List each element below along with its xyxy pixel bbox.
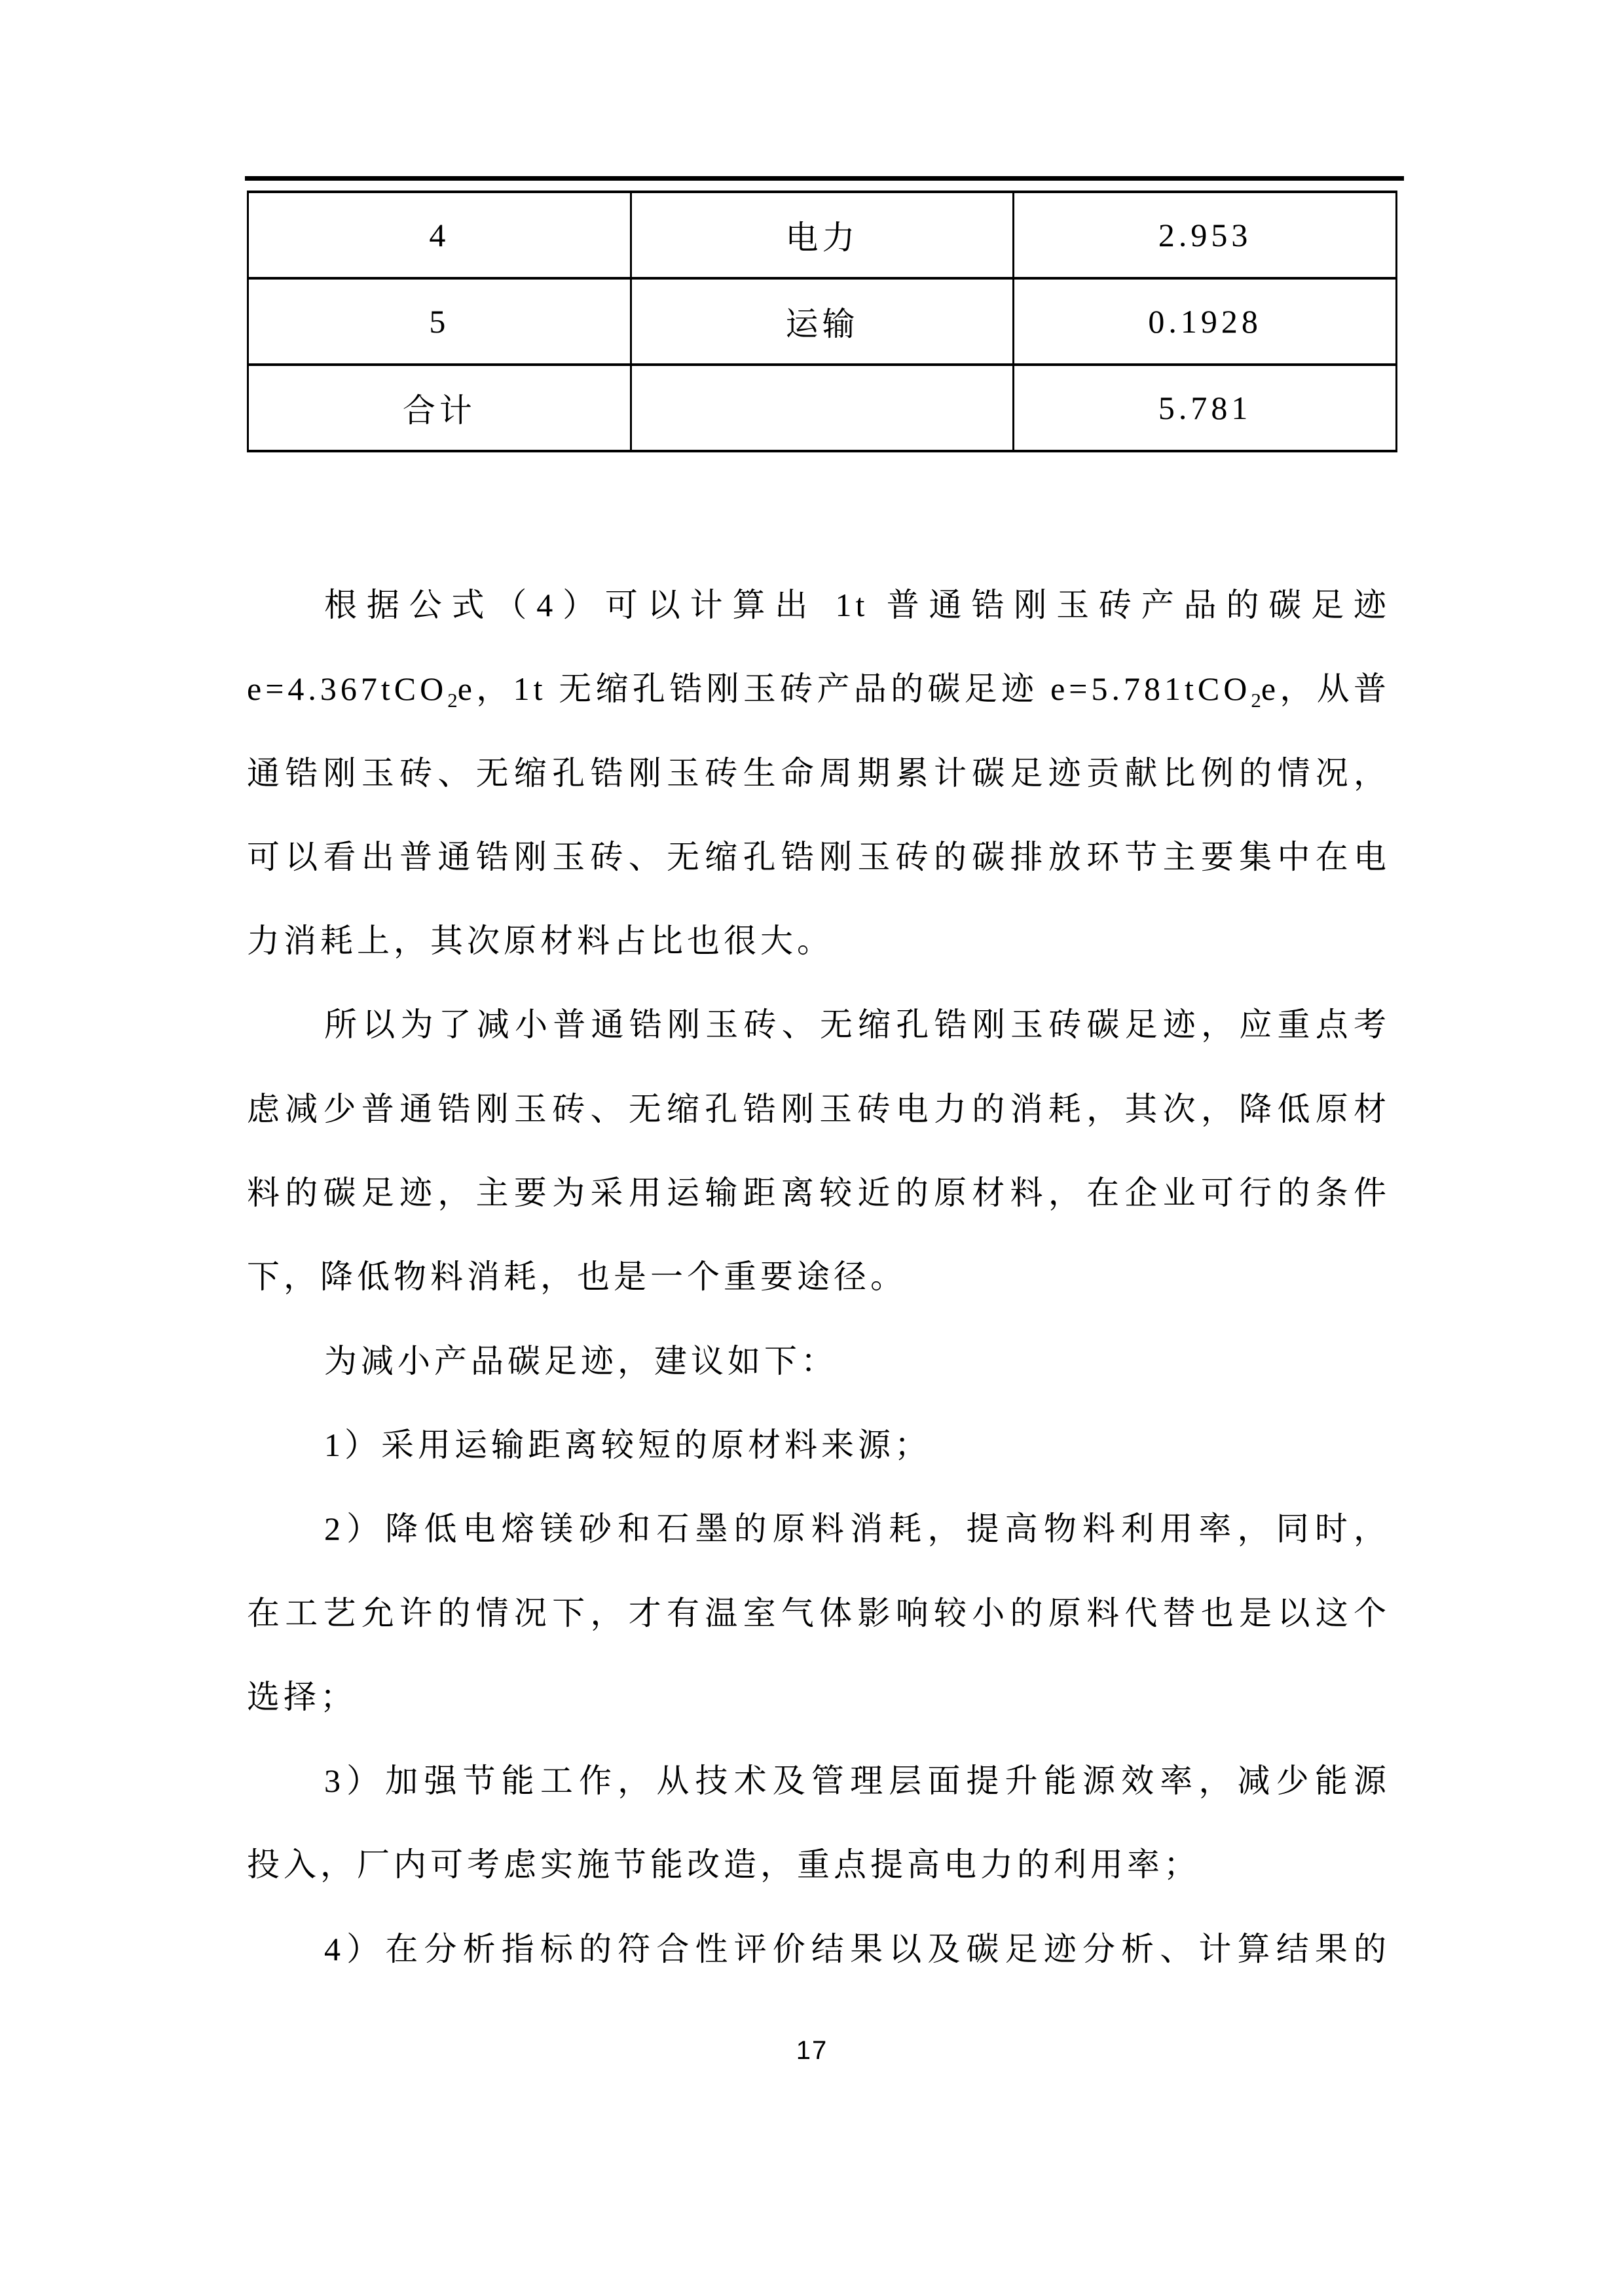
- table-row: 4电力2.953: [248, 192, 1397, 278]
- table-cell: 运输: [631, 278, 1014, 365]
- text-line: 3）加强节能工作，从技术及管理层面提升能源效率，减少能源: [247, 1739, 1390, 1823]
- text-line: 为减小产品碳足迹，建议如下：: [247, 1319, 1390, 1403]
- text-line: 2）降低电熔镁砂和石墨的原料消耗，提高物料利用率，同时，: [247, 1487, 1390, 1571]
- table-top-rule: [245, 176, 1404, 181]
- text-line: e=4.367tCO2e，1t 无缩孔锆刚玉砖产品的碳足迹 e=5.781tCO…: [247, 647, 1390, 731]
- table-cell: 5: [248, 278, 631, 365]
- text-line: 选择；: [247, 1655, 1390, 1739]
- table-cell: 电力: [631, 192, 1014, 278]
- table-cell: [631, 365, 1014, 451]
- text-line: 通锆刚玉砖、无缩孔锆刚玉砖生命周期累计碳足迹贡献比例的情况，: [247, 731, 1390, 815]
- subscript: 2: [1251, 689, 1261, 712]
- subscript: 2: [447, 689, 458, 712]
- text-line: 在工艺允许的情况下，才有温室气体影响较小的原料代替也是以这个: [247, 1571, 1390, 1655]
- table-cell: 2.953: [1014, 192, 1397, 278]
- text-line: 料的碳足迹，主要为采用运输距离较近的原材料，在企业可行的条件: [247, 1151, 1390, 1235]
- summary-table-wrap: 4电力2.9535运输0.1928合计5.781: [247, 191, 1397, 452]
- table-cell: 5.781: [1014, 365, 1397, 451]
- page-number: 17: [0, 2036, 1624, 2066]
- text-line: 投入，厂内可考虑实施节能改造，重点提高电力的利用率；: [247, 1823, 1390, 1906]
- text-line: 4）在分析指标的符合性评价结果以及碳足迹分析、计算结果的: [247, 1907, 1390, 1991]
- table-cell: 4: [248, 192, 631, 278]
- summary-table-body: 4电力2.9535运输0.1928合计5.781: [248, 192, 1397, 451]
- text-line: 根据公式（4）可以计算出 1t 普通锆刚玉砖产品的碳足迹: [247, 563, 1390, 647]
- table-cell: 合计: [248, 365, 631, 451]
- text-line: 可以看出普通锆刚玉砖、无缩孔锆刚玉砖的碳排放环节主要集中在电: [247, 815, 1390, 899]
- document-page: 4电力2.9535运输0.1928合计5.781 根据公式（4）可以计算出 1t…: [0, 0, 1624, 2296]
- body-text: 根据公式（4）可以计算出 1t 普通锆刚玉砖产品的碳足迹e=4.367tCO2e…: [247, 563, 1390, 1991]
- summary-table: 4电力2.9535运输0.1928合计5.781: [247, 191, 1397, 452]
- text-line: 力消耗上，其次原材料占比也很大。: [247, 899, 1390, 983]
- table-row: 合计5.781: [248, 365, 1397, 451]
- text-line: 虑减少普通锆刚玉砖、无缩孔锆刚玉砖电力的消耗，其次，降低原材: [247, 1067, 1390, 1151]
- text-line: 下，降低物料消耗，也是一个重要途径。: [247, 1235, 1390, 1319]
- table-row: 5运输0.1928: [248, 278, 1397, 365]
- text-line: 1）采用运输距离较短的原材料来源；: [247, 1403, 1390, 1487]
- text-line: 所以为了减小普通锆刚玉砖、无缩孔锆刚玉砖碳足迹，应重点考: [247, 983, 1390, 1066]
- table-cell: 0.1928: [1014, 278, 1397, 365]
